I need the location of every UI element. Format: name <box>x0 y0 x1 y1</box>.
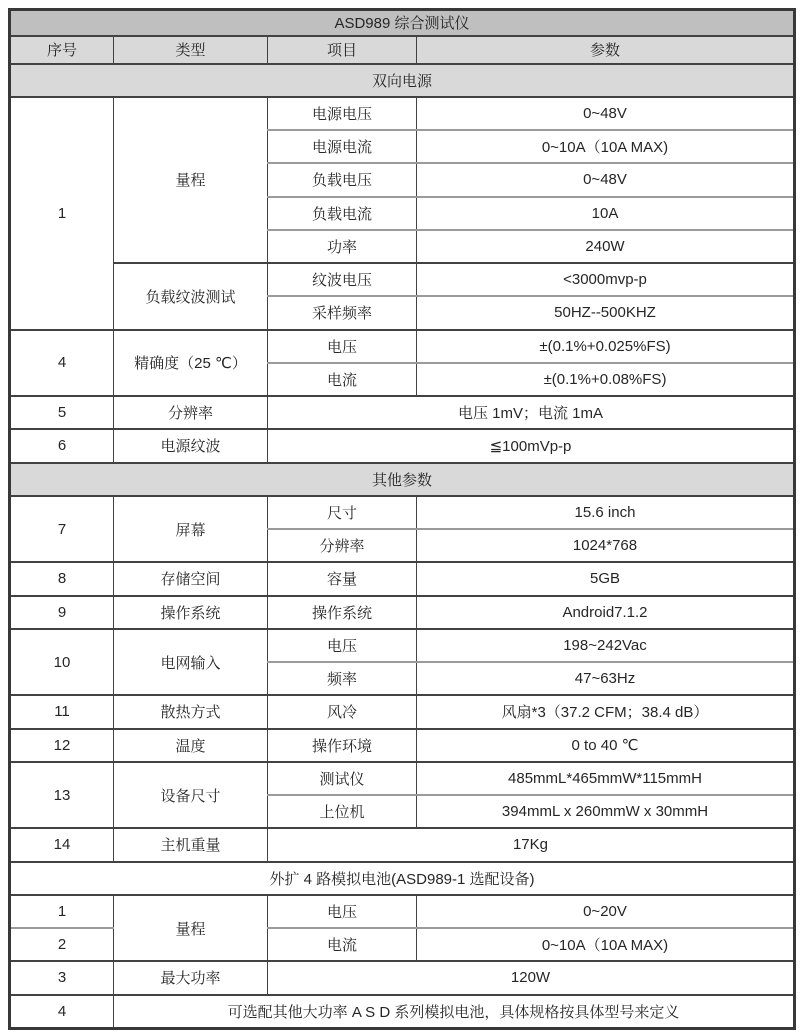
cell-param: 240W <box>417 230 795 263</box>
spec-sheet-page: ASD989 综合测试仪 序号 类型 项目 参数 双向电源 1 量程 电源电压 … <box>0 0 804 1036</box>
cell-param: 15.6 inch <box>417 496 795 529</box>
cell-no: 7 <box>10 496 114 563</box>
cell-no: 8 <box>10 562 114 595</box>
cell-item: 操作环境 <box>268 729 417 762</box>
cell-type: 操作系统 <box>114 596 268 629</box>
cell-no: 11 <box>10 695 114 728</box>
cell-no: 1 <box>10 895 114 928</box>
cell-type: 主机重量 <box>114 828 268 861</box>
cell-param: 47~63Hz <box>417 662 795 695</box>
table-row: 7 屏幕 尺寸 15.6 inch <box>10 496 795 529</box>
cell-item: 风冷 <box>268 695 417 728</box>
cell-param: 120W <box>268 961 795 994</box>
cell-item: 频率 <box>268 662 417 695</box>
cell-param: ±(0.1%+0.025%FS) <box>417 330 795 363</box>
table-row: 10 电网输入 电压 198~242Vac <box>10 629 795 662</box>
cell-param: ≦100mVp-p <box>268 429 795 462</box>
section-heading: 双向电源 <box>10 64 795 97</box>
cell-type: 电源纹波 <box>114 429 268 462</box>
cell-item: 电流 <box>268 363 417 396</box>
cell-item: 操作系统 <box>268 596 417 629</box>
cell-type: 量程 <box>114 895 268 962</box>
section-power: 双向电源 <box>10 64 795 97</box>
cell-item: 采样频率 <box>268 296 417 329</box>
cell-param: 198~242Vac <box>417 629 795 662</box>
cell-item: 测试仪 <box>268 762 417 795</box>
cell-type: 温度 <box>114 729 268 762</box>
table-row: 11 散热方式 风冷 风扇*3（37.2 CFM；38.4 dB） <box>10 695 795 728</box>
cell-no: 2 <box>10 928 114 961</box>
cell-no: 14 <box>10 828 114 861</box>
cell-item: 电压 <box>268 895 417 928</box>
cell-param: 0~10A（10A MAX) <box>417 928 795 961</box>
cell-type: 屏幕 <box>114 496 268 563</box>
cell-item: 容量 <box>268 562 417 595</box>
header-item: 项目 <box>268 36 417 64</box>
cell-param: 0~48V <box>417 163 795 196</box>
cell-param: 0~20V <box>417 895 795 928</box>
cell-param: 394mmL x 260mmW x 30mmH <box>417 795 795 828</box>
table-row: 5 分辨率 电压 1mV；电流 1mA <box>10 396 795 429</box>
cell-item: 功率 <box>268 230 417 263</box>
cell-item: 电源电压 <box>268 97 417 130</box>
cell-item: 分辨率 <box>268 529 417 562</box>
cell-no: 1 <box>10 97 114 330</box>
table-row: 负载纹波测试 纹波电压 <3000mvp-p <box>10 263 795 296</box>
cell-type: 存储空间 <box>114 562 268 595</box>
table-row: 4 精确度（25 ℃） 电压 ±(0.1%+0.025%FS) <box>10 330 795 363</box>
cell-param: ±(0.1%+0.08%FS) <box>417 363 795 396</box>
cell-note: 可选配其他大功率 A S D 系列模拟电池，具体规格按具体型号来定义 <box>114 995 795 1029</box>
cell-item: 尺寸 <box>268 496 417 529</box>
cell-type: 电网输入 <box>114 629 268 696</box>
cell-type: 分辨率 <box>114 396 268 429</box>
cell-no: 9 <box>10 596 114 629</box>
cell-param: 1024*768 <box>417 529 795 562</box>
cell-no: 3 <box>10 961 114 994</box>
cell-param: 风扇*3（37.2 CFM；38.4 dB） <box>417 695 795 728</box>
cell-param: 0~48V <box>417 97 795 130</box>
section-heading: 其他参数 <box>10 463 795 496</box>
table-row: 8 存储空间 容量 5GB <box>10 562 795 595</box>
cell-item: 纹波电压 <box>268 263 417 296</box>
section-heading: 外扩 4 路模拟电池(ASD989-1 选配设备) <box>10 862 795 895</box>
table-row: 13 设备尺寸 测试仪 485mmL*465mmW*115mmH <box>10 762 795 795</box>
cell-param: 0 to 40 ℃ <box>417 729 795 762</box>
header-param: 参数 <box>417 36 795 64</box>
cell-param: 17Kg <box>268 828 795 861</box>
table-row: 6 电源纹波 ≦100mVp-p <box>10 429 795 462</box>
cell-no: 10 <box>10 629 114 696</box>
table-row: 14 主机重量 17Kg <box>10 828 795 861</box>
cell-param: 485mmL*465mmW*115mmH <box>417 762 795 795</box>
cell-type: 散热方式 <box>114 695 268 728</box>
cell-param: 5GB <box>417 562 795 595</box>
cell-param: 10A <box>417 197 795 230</box>
table-row: 3 最大功率 120W <box>10 961 795 994</box>
section-other: 其他参数 <box>10 463 795 496</box>
cell-no: 4 <box>10 330 114 397</box>
cell-item: 负载电压 <box>268 163 417 196</box>
cell-param: 50HZ--500KHZ <box>417 296 795 329</box>
cell-no: 5 <box>10 396 114 429</box>
cell-no: 13 <box>10 762 114 829</box>
cell-type: 精确度（25 ℃） <box>114 330 268 397</box>
header-no: 序号 <box>10 36 114 64</box>
cell-param: 0~10A（10A MAX) <box>417 130 795 163</box>
cell-item: 负载电流 <box>268 197 417 230</box>
cell-type: 量程 <box>114 97 268 263</box>
cell-item: 电流 <box>268 928 417 961</box>
cell-param: 电压 1mV；电流 1mA <box>268 396 795 429</box>
cell-item: 电源电流 <box>268 130 417 163</box>
table-title: ASD989 综合测试仪 <box>10 10 795 36</box>
cell-no: 6 <box>10 429 114 462</box>
cell-item: 电压 <box>268 629 417 662</box>
column-header-row: 序号 类型 项目 参数 <box>10 36 795 64</box>
cell-item: 电压 <box>268 330 417 363</box>
cell-type: 设备尺寸 <box>114 762 268 829</box>
table-row: 1 量程 电源电压 0~48V <box>10 97 795 130</box>
table-row: 12 温度 操作环境 0 to 40 ℃ <box>10 729 795 762</box>
table-row: 9 操作系统 操作系统 Android7.1.2 <box>10 596 795 629</box>
cell-no: 12 <box>10 729 114 762</box>
cell-type: 最大功率 <box>114 961 268 994</box>
table-row: 4 可选配其他大功率 A S D 系列模拟电池，具体规格按具体型号来定义 <box>10 995 795 1029</box>
section-battery: 外扩 4 路模拟电池(ASD989-1 选配设备) <box>10 862 795 895</box>
title-row: ASD989 综合测试仪 <box>10 10 795 36</box>
cell-type: 负载纹波测试 <box>114 263 268 330</box>
table-row: 1 量程 电压 0~20V <box>10 895 795 928</box>
header-type: 类型 <box>114 36 268 64</box>
cell-item: 上位机 <box>268 795 417 828</box>
spec-table: ASD989 综合测试仪 序号 类型 项目 参数 双向电源 1 量程 电源电压 … <box>8 8 796 1030</box>
cell-param: Android7.1.2 <box>417 596 795 629</box>
cell-param: <3000mvp-p <box>417 263 795 296</box>
cell-no: 4 <box>10 995 114 1029</box>
